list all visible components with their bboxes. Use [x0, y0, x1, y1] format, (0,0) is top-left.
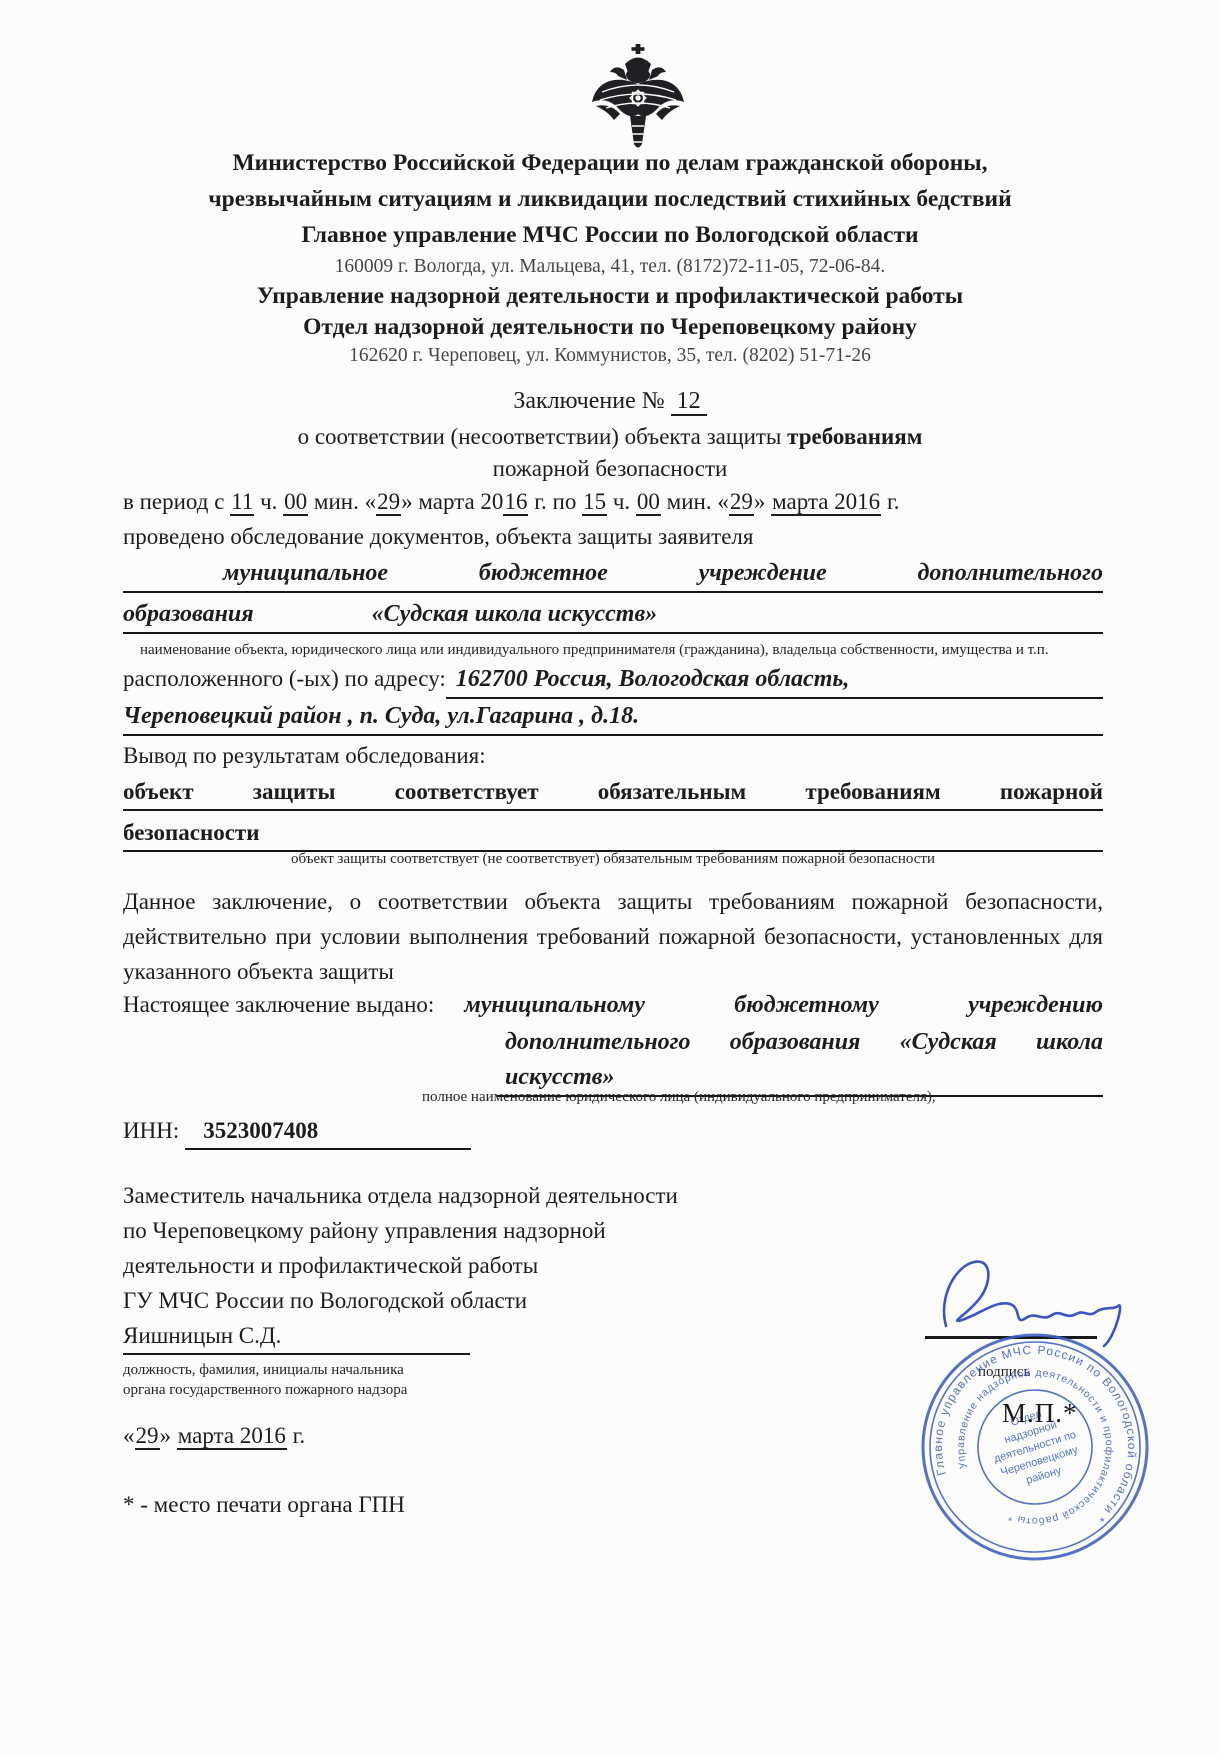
inspection-subject-line: проведено обследование документов, объек… — [123, 524, 1103, 550]
header-vologda-address: 160009 г. Вологда, ул. Мальцева, 41, тел… — [0, 256, 1220, 278]
signature-and-stamp-area: подпись Главное управление МЧС России по… — [830, 1240, 1175, 1610]
officer-title-line-3: деятельности и профилактической работы — [123, 1253, 538, 1279]
officer-name: Яишницын С.Д. — [123, 1323, 470, 1355]
address-line-1: расположенного (-ых) по адресу: 162700 Р… — [123, 666, 1103, 699]
issued-label: Настоящее заключение выдано: — [123, 992, 434, 1018]
inn-value: 3523007408 — [185, 1118, 471, 1150]
issued-caption: полное наименование юридического лица (и… — [422, 1089, 1112, 1106]
conclusion-line-2: безопасности — [123, 820, 1103, 852]
address-value-1: 162700 Россия, Вологодская область, — [446, 666, 1103, 699]
officer-title-line-1: Заместитель начальника отдела надзорной … — [123, 1183, 678, 1209]
header-supervision-directorate: Управление надзорной деятельности и проф… — [0, 283, 1220, 310]
title-label: Заключение № — [513, 388, 664, 414]
object-name-line-2-left: образования — [123, 601, 254, 628]
document-date: «29» марта 2016 г. — [123, 1423, 305, 1449]
address-label: расположенного (-ых) по адресу: — [123, 666, 446, 692]
scanned-document-page: Министерство Российской Федерации по дел… — [0, 0, 1220, 1754]
header-ministry-line-1: Министерство Российской Федерации по дел… — [0, 150, 1220, 177]
conclusion-caption: объект защиты соответствует (не соответс… — [123, 851, 1103, 868]
inn-line: ИНН: 3523007408 — [123, 1118, 471, 1150]
issued-value-2: дополнительного образования «Судская шко… — [505, 1029, 1103, 1056]
mchs-eagle-emblem-icon — [588, 44, 688, 156]
round-official-stamp-icon: Главное управление МЧС России по Вологод… — [915, 1327, 1155, 1567]
object-name-line-2-right: «Судская школа искусств» — [372, 601, 658, 628]
handwritten-signature-icon — [918, 1248, 1153, 1353]
object-name-line-2: образования «Судская школа искусств» — [123, 601, 1103, 634]
issued-line-1: Настоящее заключение выдано: муниципальн… — [123, 992, 1103, 1019]
conclusion-label: Вывод по результатам обследования: — [123, 743, 1103, 769]
inn-label: ИНН: — [123, 1118, 179, 1144]
header-main-directorate: Главное управление МЧС России по Вологод… — [0, 222, 1220, 249]
issued-value-1: муниципальному бюджетному учреждению — [434, 992, 1103, 1019]
inspection-period-line: в период с 11 ч. 00 мин. «29» марта 2016… — [123, 489, 1103, 515]
conclusion-line-1: объект защиты соответствует обязательным… — [123, 779, 1103, 811]
officer-title-line-4: ГУ МЧС России по Вологодской области — [123, 1288, 527, 1314]
title-number: 12 — [671, 388, 707, 416]
object-name-line-1: муниципальное бюджетное учреждение допол… — [123, 560, 1103, 593]
header-ministry-line-2: чрезвычайным ситуациям и ликвидации посл… — [0, 186, 1220, 213]
stamp-place-mark: М.П.* — [1002, 1398, 1078, 1429]
stamp-place-footnote: * - место печати органа ГПН — [123, 1492, 405, 1518]
document-title: Заключение № 12 — [0, 388, 1220, 415]
officer-title-line-2: по Череповецкому району управления надзо… — [123, 1218, 606, 1244]
header-district-department: Отдел надзорной деятельности по Черепове… — [0, 314, 1220, 341]
header-cherepovets-address: 162620 г. Череповец, ул. Коммунистов, 35… — [0, 345, 1220, 367]
issued-value-3-text: искусств» — [497, 1064, 615, 1090]
officer-caption-line-2: органа государственного пожарного надзор… — [123, 1382, 407, 1399]
document-subtitle-line-2: пожарной безопасности — [0, 456, 1220, 482]
validity-paragraph: Данное заключение, о соответствии объект… — [123, 884, 1103, 989]
address-value-2: Череповецкий район , п. Суда, ул.Гагарин… — [123, 703, 1103, 736]
officer-caption-line-1: должность, фамилия, инициалы начальника — [123, 1362, 404, 1379]
object-name-caption: наименование объекта, юридического лица … — [140, 642, 1105, 659]
document-subtitle-line-1: о соответствии (несоответствии) объекта … — [0, 424, 1220, 450]
